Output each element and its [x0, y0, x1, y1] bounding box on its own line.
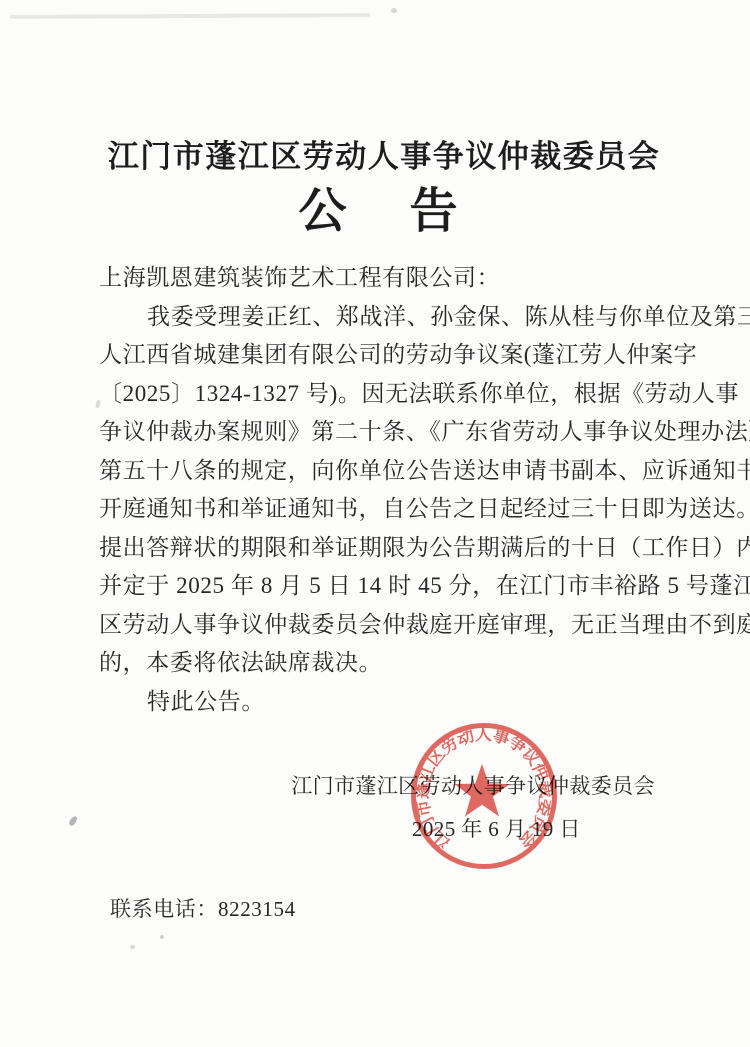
body-line: 第五十八条的规定，向你单位公告送达申请书副本、应诉通知书、 — [99, 452, 699, 491]
scan-artifact-speck — [68, 815, 78, 827]
body-line: 提出答辩状的期限和举证期限为公告期满后的十日（工作日）内。 — [99, 529, 699, 568]
body-line: 的，本委将依法缺席裁决。 — [99, 644, 699, 683]
contact-phone: 联系电话：8223154 — [110, 893, 296, 923]
scan-artifact-streak — [10, 13, 370, 18]
body-line: 〔2025〕1324-1327 号)。因无法联系你单位，根据《劳动人事 — [99, 375, 699, 414]
signature-date: 2025 年 6 月 19 日 — [412, 813, 581, 843]
doc-title-char-1: 公 — [298, 184, 346, 240]
scan-artifact-speck — [391, 8, 397, 13]
body-line: 争议仲裁办案规则》第二十条、《广东省劳动人事争议处理办法》 — [99, 413, 699, 452]
scan-artifact-speck — [130, 945, 135, 949]
document-body: 上海凯恩建筑装饰艺术工程有限公司： 我委受理姜正红、郑战洋、孙金保、陈从桂与你单… — [99, 259, 699, 721]
org-title: 江门市蓬江区劳动人事争议仲裁委员会 — [9, 138, 750, 176]
body-line: 我委受理姜正红、郑战洋、孙金保、陈从桂与你单位及第三 — [99, 298, 699, 337]
body-line: 人江西省城建集团有限公司的劳动争议案(蓬江劳人仲案字 — [99, 336, 699, 375]
scan-artifact-speck — [159, 934, 164, 939]
body-line: 并定于 2025 年 8 月 5 日 14 时 45 分，在江门市丰裕路 5 号… — [99, 567, 699, 606]
body-line-closing: 特此公告。 — [99, 683, 699, 722]
body-line: 开庭通知书和举证通知书，自公告之日起经过三十日即为送达。 — [99, 490, 699, 529]
body-line-salutation: 上海凯恩建筑装饰艺术工程有限公司： — [99, 259, 699, 298]
signature-org: 江门市蓬江区劳动人事争议仲裁委员会 — [291, 770, 655, 800]
doc-title-char-2: 告 — [410, 184, 458, 240]
body-line: 区劳动人事争议仲裁委员会仲裁庭开庭审理，无正当理由不到庭 — [99, 606, 699, 645]
document-page: 江门市蓬江区劳动人事争议仲裁委员会 公 告 上海凯恩建筑装饰艺术工程有限公司： … — [0, 0, 750, 1047]
doc-title: 公 告 — [3, 184, 750, 240]
